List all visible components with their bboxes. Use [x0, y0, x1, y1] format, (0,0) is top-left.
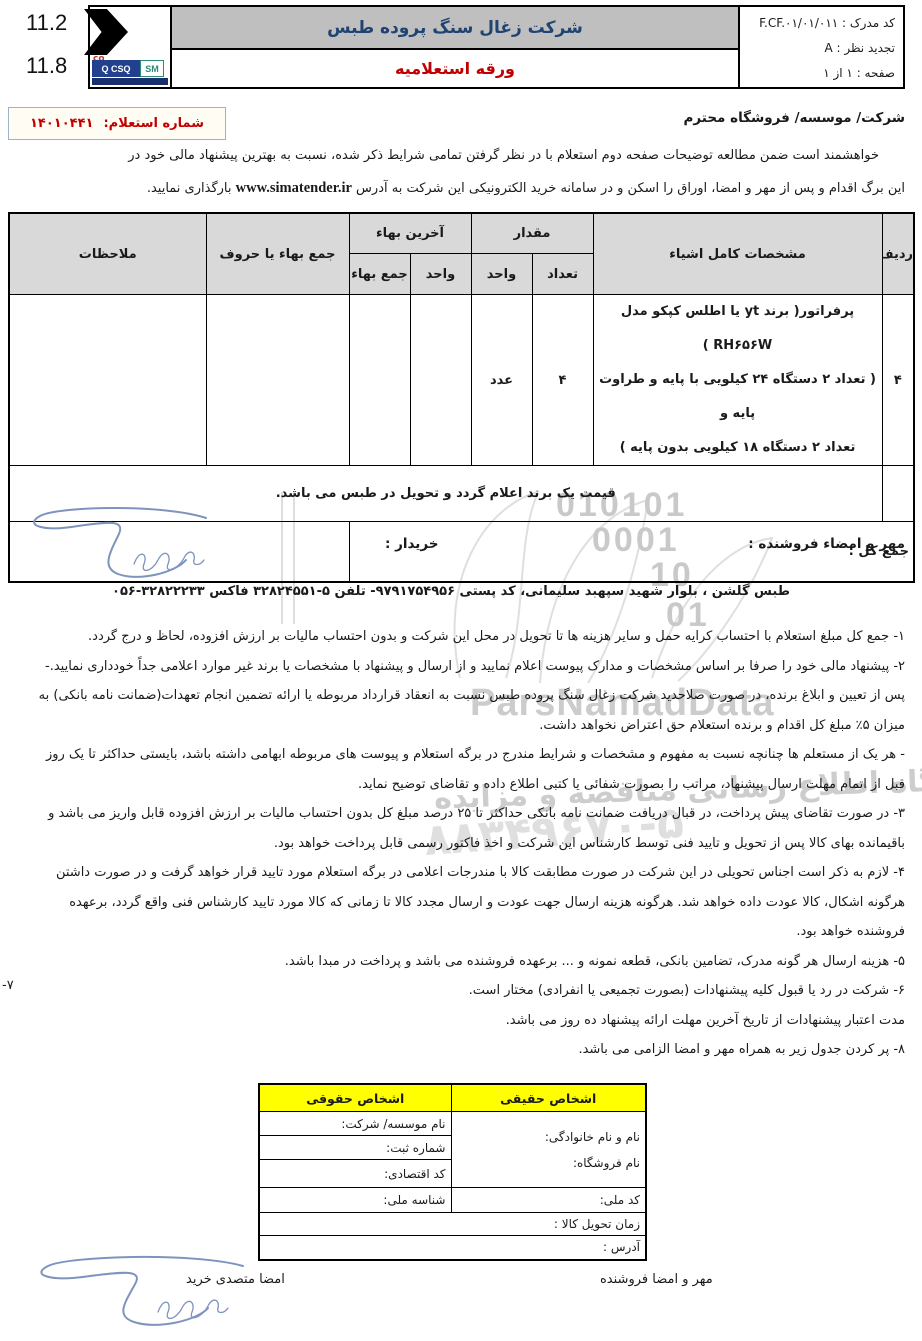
- price-unit-cell: [410, 295, 471, 466]
- term-line: فروشنده خواهد بود.: [10, 917, 905, 947]
- company-address-line: طبس گلشن ، بلوار شهید سپهبد سلیمانی، کد …: [40, 584, 862, 599]
- inquiry-form-page: 010101 0001 10 01 ParsNamadData پایگاه ا…: [0, 0, 922, 1341]
- item-description-line: ( تعداد ۲ دستگاه ۲۴ کیلویی با پایه و طرا…: [598, 363, 878, 431]
- terms-list: ۱- جمع کل مبلغ استعلام با احتساب کرایه ح…: [10, 622, 905, 1065]
- sm-logo-text: SM: [140, 60, 164, 77]
- col-header-price-total: جمع بهاء: [349, 254, 410, 295]
- term-line: هرگونه اشکال، کالا عودت داده خواهد شد. ه…: [10, 888, 905, 918]
- document-codes: کد مدرک : F.CF.۰۱/۰۱/۰۱۱ تجدید نظر : A ص…: [738, 7, 903, 87]
- col-header-price-unit: واحد: [410, 254, 471, 295]
- term-line: قبل از اتمام مهلت ارسال پیشنهاد، مراتب ر…: [10, 770, 905, 800]
- doc-code: کد مدرک : F.CF.۰۱/۰۱/۰۱۱: [748, 11, 895, 36]
- full-name-field-label: نام و نام خانوادگی:: [457, 1124, 641, 1150]
- term-line: ۳- در صورت تقاضای پیش پرداخت، در قبال در…: [10, 799, 905, 829]
- doc-page-number: صفحه : ۱ از ۱: [748, 61, 895, 86]
- iso-caption-bar: [92, 78, 168, 85]
- margin-number-top: 11.2: [26, 10, 67, 36]
- tender-website-url: www.simatender.ir: [236, 180, 352, 196]
- addressee-line: شرکت/ موسسه/ فروشگاه محترم: [684, 110, 905, 126]
- term-line: میزان ۵٪ مبلغ کل اقدام و برنده استعلام ح…: [10, 711, 905, 741]
- term-line: ۲- پیشنهاد مالی خود را صرفا بر اساس مشخص…: [10, 652, 905, 682]
- natural-persons-header: اشخاص حقیقی: [451, 1084, 646, 1112]
- col-header-unit: واحد: [471, 254, 532, 295]
- inquiry-number-label: شماره استعلام:: [103, 116, 204, 131]
- term-line: باقیمانده بهای کالا پس از تحویل و تایید …: [10, 829, 905, 859]
- row-number-cell: ۴: [882, 295, 914, 466]
- qcsq-certification-logo: Q CSQ SM: [92, 60, 168, 85]
- intro-text: خواهشمند است ضمن مطالعه توضیحات صفحه دوم…: [128, 148, 879, 163]
- inquiry-number-box: شماره استعلام: ۱۴۰۱۰۴۴۱: [8, 107, 226, 140]
- count-cell: ۴: [532, 295, 593, 466]
- economic-code-field-label: کد اقتصادی:: [259, 1160, 451, 1188]
- national-id-field-label: شناسه ملی:: [259, 1188, 451, 1213]
- margin-number-bottom: 11.8: [26, 53, 67, 79]
- company-name: شرکت زغال سنگ پروده طبس: [172, 7, 738, 50]
- unit-cell: عدد: [471, 295, 532, 466]
- item-description-line: پرفراتور( برند yt یا اطلس کپکو مدل RH۶۵۶…: [598, 295, 878, 363]
- term-line: ۴- لازم به ذکر است اجناس تحویلی در این ش…: [10, 858, 905, 888]
- document-header: co Q CSQ SM شرکت زغال سنگ پروده طبس ورقه…: [88, 5, 905, 89]
- item-description-cell: پرفراتور( برند yt یا اطلس کپکو مدل RH۶۵۶…: [593, 295, 882, 466]
- seller-signature-label-bottom: مهر و امضا فروشنده: [600, 1272, 713, 1287]
- address-field-label: آدرس :: [259, 1236, 646, 1260]
- national-code-field-label: کد ملی:: [451, 1188, 646, 1213]
- intro-line-2: این برگ اقدام و پس از مهر و امضا، اوراق …: [10, 172, 905, 205]
- seller-seal-signature-label: مهر و امضاء فروشنده :: [748, 536, 905, 552]
- intro-paragraph: خواهشمند است ضمن مطالعه توضیحات صفحه دوم…: [10, 140, 905, 205]
- term-line: ۱- جمع کل مبلغ استعلام با احتساب کرایه ح…: [10, 622, 905, 652]
- registration-number-field-label: شماره ثبت:: [259, 1136, 451, 1160]
- term-line: مدت اعتبار پیشنهادات از تاریخ آخرین مهلت…: [10, 1006, 905, 1036]
- handwritten-signature-top: [6, 496, 221, 596]
- col-header-specifications: مشخصات کامل اشیاء: [593, 213, 882, 295]
- col-header-latest-price: آخرین بهاء: [349, 213, 471, 254]
- remarks-cell: [9, 295, 206, 466]
- col-header-total-in-words: جمع بهاء یا حروف: [206, 213, 349, 295]
- col-header-remarks: ملاحظات: [9, 213, 206, 295]
- item-description-line: تعداد ۲ دستگاه ۱۸ کیلویی بدون پایه ): [598, 431, 878, 465]
- persons-info-table: اشخاص حقوقی اشخاص حقیقی نام موسسه/ شرکت:…: [258, 1083, 647, 1261]
- natural-person-name-cell: نام و نام خانوادگی: نام فروشگاه:: [451, 1112, 646, 1188]
- term-7-margin-marker: -۷: [2, 978, 14, 993]
- col-header-count: تعداد: [532, 254, 593, 295]
- qcsq-logo-text: Q CSQ: [92, 60, 140, 77]
- intro-line-1: خواهشمند است ضمن مطالعه توضیحات صفحه دوم…: [10, 140, 905, 172]
- arrow-logo-icon: [84, 9, 128, 55]
- intro-text: این برگ اقدام و پس از مهر و امضا، اوراق …: [356, 181, 905, 196]
- inquiry-number-value: ۱۴۰۱۰۴۴۱: [30, 116, 93, 131]
- company-name-field-label: نام موسسه/ شرکت:: [259, 1112, 451, 1136]
- legal-persons-header: اشخاص حقوقی: [259, 1084, 451, 1112]
- price-total-cell: [349, 295, 410, 466]
- company-logo: co Q CSQ SM: [90, 7, 172, 87]
- term-line: ۵- هزینه ارسال هر گونه مدرک، تضامین بانک…: [10, 947, 905, 977]
- col-header-row-number: ردیف: [882, 213, 914, 295]
- term-line: ۸- پر کردن جدول زیر به همراه مهر و امضا …: [10, 1035, 905, 1065]
- term-line: ۶- شرکت در رد یا قبول کلیه پیشنهادات (بص…: [10, 976, 905, 1006]
- buyer-label: خریدار :: [385, 536, 439, 552]
- handwritten-signature-bottom: [8, 1248, 258, 1340]
- doc-revision: تجدید نظر : A: [748, 36, 895, 61]
- delivery-time-field-label: زمان تحویل کالا :: [259, 1213, 646, 1236]
- col-header-quantity-group: مقدار: [471, 213, 593, 254]
- intro-text: بارگذاری نمایید.: [147, 181, 232, 196]
- form-title: ورقه استعلامیه: [172, 50, 738, 87]
- term-line: پس از تعیین و ابلاغ برنده، در صورت صلاحد…: [10, 681, 905, 711]
- term-line: - هر یک از مستعلم ها چنانچه نسبت به مفهو…: [10, 740, 905, 770]
- header-center: شرکت زغال سنگ پروده طبس ورقه استعلامیه: [172, 7, 738, 87]
- shop-name-field-label: نام فروشگاه:: [457, 1150, 641, 1176]
- highlight-row-radif-cell: [882, 466, 914, 522]
- total-in-words-cell: [206, 295, 349, 466]
